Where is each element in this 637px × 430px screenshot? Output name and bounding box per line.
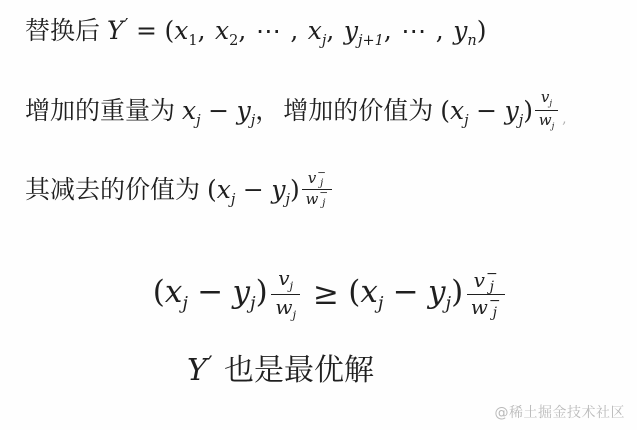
bar-subscript-stack: −j <box>317 170 326 188</box>
math-token: v <box>278 266 289 290</box>
math-token: w <box>306 190 319 208</box>
fraction-numerator: v−j <box>470 268 502 294</box>
math-operator: − <box>208 96 229 125</box>
math-subscript: j <box>378 293 384 314</box>
math-operator: − <box>197 274 223 310</box>
math-token: y <box>237 96 251 125</box>
math-token: v <box>308 169 316 187</box>
math-token: y <box>233 274 251 310</box>
line1-content: 替换后Y′=(x1,x2,⋯,xj,yj+1,⋯,yn) <box>25 11 486 49</box>
math-token: Y <box>187 353 207 388</box>
bar-mark: − <box>486 269 498 280</box>
prime-mark: ′ <box>208 352 213 376</box>
watermark-juejin-community: @稀土掘金技术社区 <box>495 402 626 422</box>
math-token: , <box>238 16 246 45</box>
faint-comma: , <box>562 111 566 136</box>
inequality-left-paren-group: (xj−yj) <box>153 274 268 314</box>
fraction-vj-over-wj: vjwj <box>271 266 300 321</box>
math-token: y <box>271 175 285 204</box>
math-token: x <box>308 16 322 45</box>
math-token: , <box>290 16 298 45</box>
math-subscript: j <box>290 279 294 293</box>
document-page: 替换后Y′=(x1,x2,⋯,xj,yj+1,⋯,yn) 增加的重量为xj−yj… <box>0 0 637 430</box>
math-token: ( <box>153 274 165 310</box>
math-subscript: j <box>196 113 201 129</box>
math-subscript: j <box>490 280 494 294</box>
math-operator: − <box>393 274 419 310</box>
math-token: x <box>217 175 231 204</box>
math-subscript: 2 <box>229 33 238 49</box>
cdots-token: ⋯ <box>256 16 281 45</box>
math-token: ( <box>440 96 450 125</box>
geq-operator: ≥ <box>313 276 339 312</box>
math-subscript: j <box>493 306 497 320</box>
math-token: y <box>453 16 467 45</box>
math-token: ( <box>207 175 217 204</box>
fraction-numerator: v−j <box>304 169 330 188</box>
cjk-label: 增加的重量为 <box>25 96 175 125</box>
bar-subscript-stack: −j <box>489 296 501 321</box>
fraction-vjbar-over-wjbar: v−jw−j <box>467 268 505 321</box>
math-token: ) <box>477 16 487 45</box>
math-token: y <box>428 274 446 310</box>
formula-line-replacement: 替换后Y′=(x1,x2,⋯,xj,yj+1,⋯,yn) <box>25 6 486 54</box>
fraction-numerator: vj <box>274 266 297 293</box>
math-token: y <box>505 96 519 125</box>
cdots-token: ⋯ <box>401 16 426 45</box>
fraction-denominator: w−j <box>302 189 333 209</box>
math-subscript: j <box>231 192 236 208</box>
fraction-numerator: vj <box>537 88 556 109</box>
math-token: w <box>275 295 292 319</box>
math-token: x <box>450 96 464 125</box>
conclusion-content: Y′也是最优解 <box>187 345 374 389</box>
math-token: ( <box>164 16 174 45</box>
formula-line-subtracted-value: 其减去的价值为(xj−yj) v−jw−j <box>25 156 334 222</box>
prime-mark: ′ <box>125 16 129 36</box>
formula-line-added-weight-value: 增加的重量为xj−yj，增加的价值为(xj−yj) vjwj , <box>25 84 567 136</box>
math-subscript: j <box>322 198 325 209</box>
math-token: , <box>326 16 334 45</box>
line3-content: 其减去的价值为(xj−yj) <box>25 170 300 208</box>
fraction-vj-over-wj: vjwj <box>535 88 559 132</box>
fraction-denominator: w−j <box>467 294 505 321</box>
inequality-right-paren-group: (xj−yj) <box>348 274 463 314</box>
math-token: ( <box>348 274 360 310</box>
math-operator: = <box>136 16 157 45</box>
math-token: w <box>471 295 488 319</box>
math-token: y <box>344 16 358 45</box>
math-subscript: j <box>182 293 188 314</box>
math-token: v <box>474 268 485 292</box>
math-token: Y <box>107 16 124 45</box>
math-token: x <box>215 16 229 45</box>
math-token: , <box>198 16 206 45</box>
bar-subscript-stack: −j <box>486 269 498 294</box>
math-subscript: n <box>467 33 476 49</box>
fraction-denominator: wj <box>271 294 300 322</box>
formula-inequality: (xj−yj) vjwj ≥ (xj−yj) v−jw−j <box>12 250 637 338</box>
math-subscript: 1 <box>188 33 197 49</box>
line2-content: 增加的重量为xj−yj，增加的价值为(xj−yj) <box>25 91 533 129</box>
math-token: x <box>182 96 196 125</box>
cjk-label: 增加的价值为 <box>283 96 433 125</box>
math-subscript: j <box>549 99 552 109</box>
cjk-label: 其减去的价值为 <box>25 175 200 204</box>
cjk-label: 替换后 <box>25 16 100 45</box>
math-token: x <box>174 16 188 45</box>
math-token: ) <box>256 274 268 310</box>
conclusion-text: 也是最优解 <box>224 353 374 388</box>
bar-subscript-stack: −j <box>319 190 328 208</box>
math-subscript: j <box>464 113 469 129</box>
math-operator: − <box>243 175 264 204</box>
math-token: ) <box>290 175 300 204</box>
math-subscript: j <box>292 307 296 321</box>
fraction-vjbar-over-wjbar: v−jw−j <box>302 169 333 208</box>
math-token: w <box>539 111 552 129</box>
math-operator: − <box>476 96 497 125</box>
math-subscript: j+1 <box>358 33 384 49</box>
conclusion-line: Y′也是最优解 <box>0 346 599 388</box>
math-token: x <box>165 274 182 310</box>
math-token: x <box>360 274 377 310</box>
math-token: ) <box>523 96 533 125</box>
math-token: , <box>384 16 392 45</box>
fraction-denominator: wj <box>535 110 559 132</box>
math-token: ) <box>451 274 463 310</box>
math-subscript: j <box>552 121 555 131</box>
math-token: , <box>436 16 444 45</box>
cjk-comma: ， <box>255 96 280 125</box>
